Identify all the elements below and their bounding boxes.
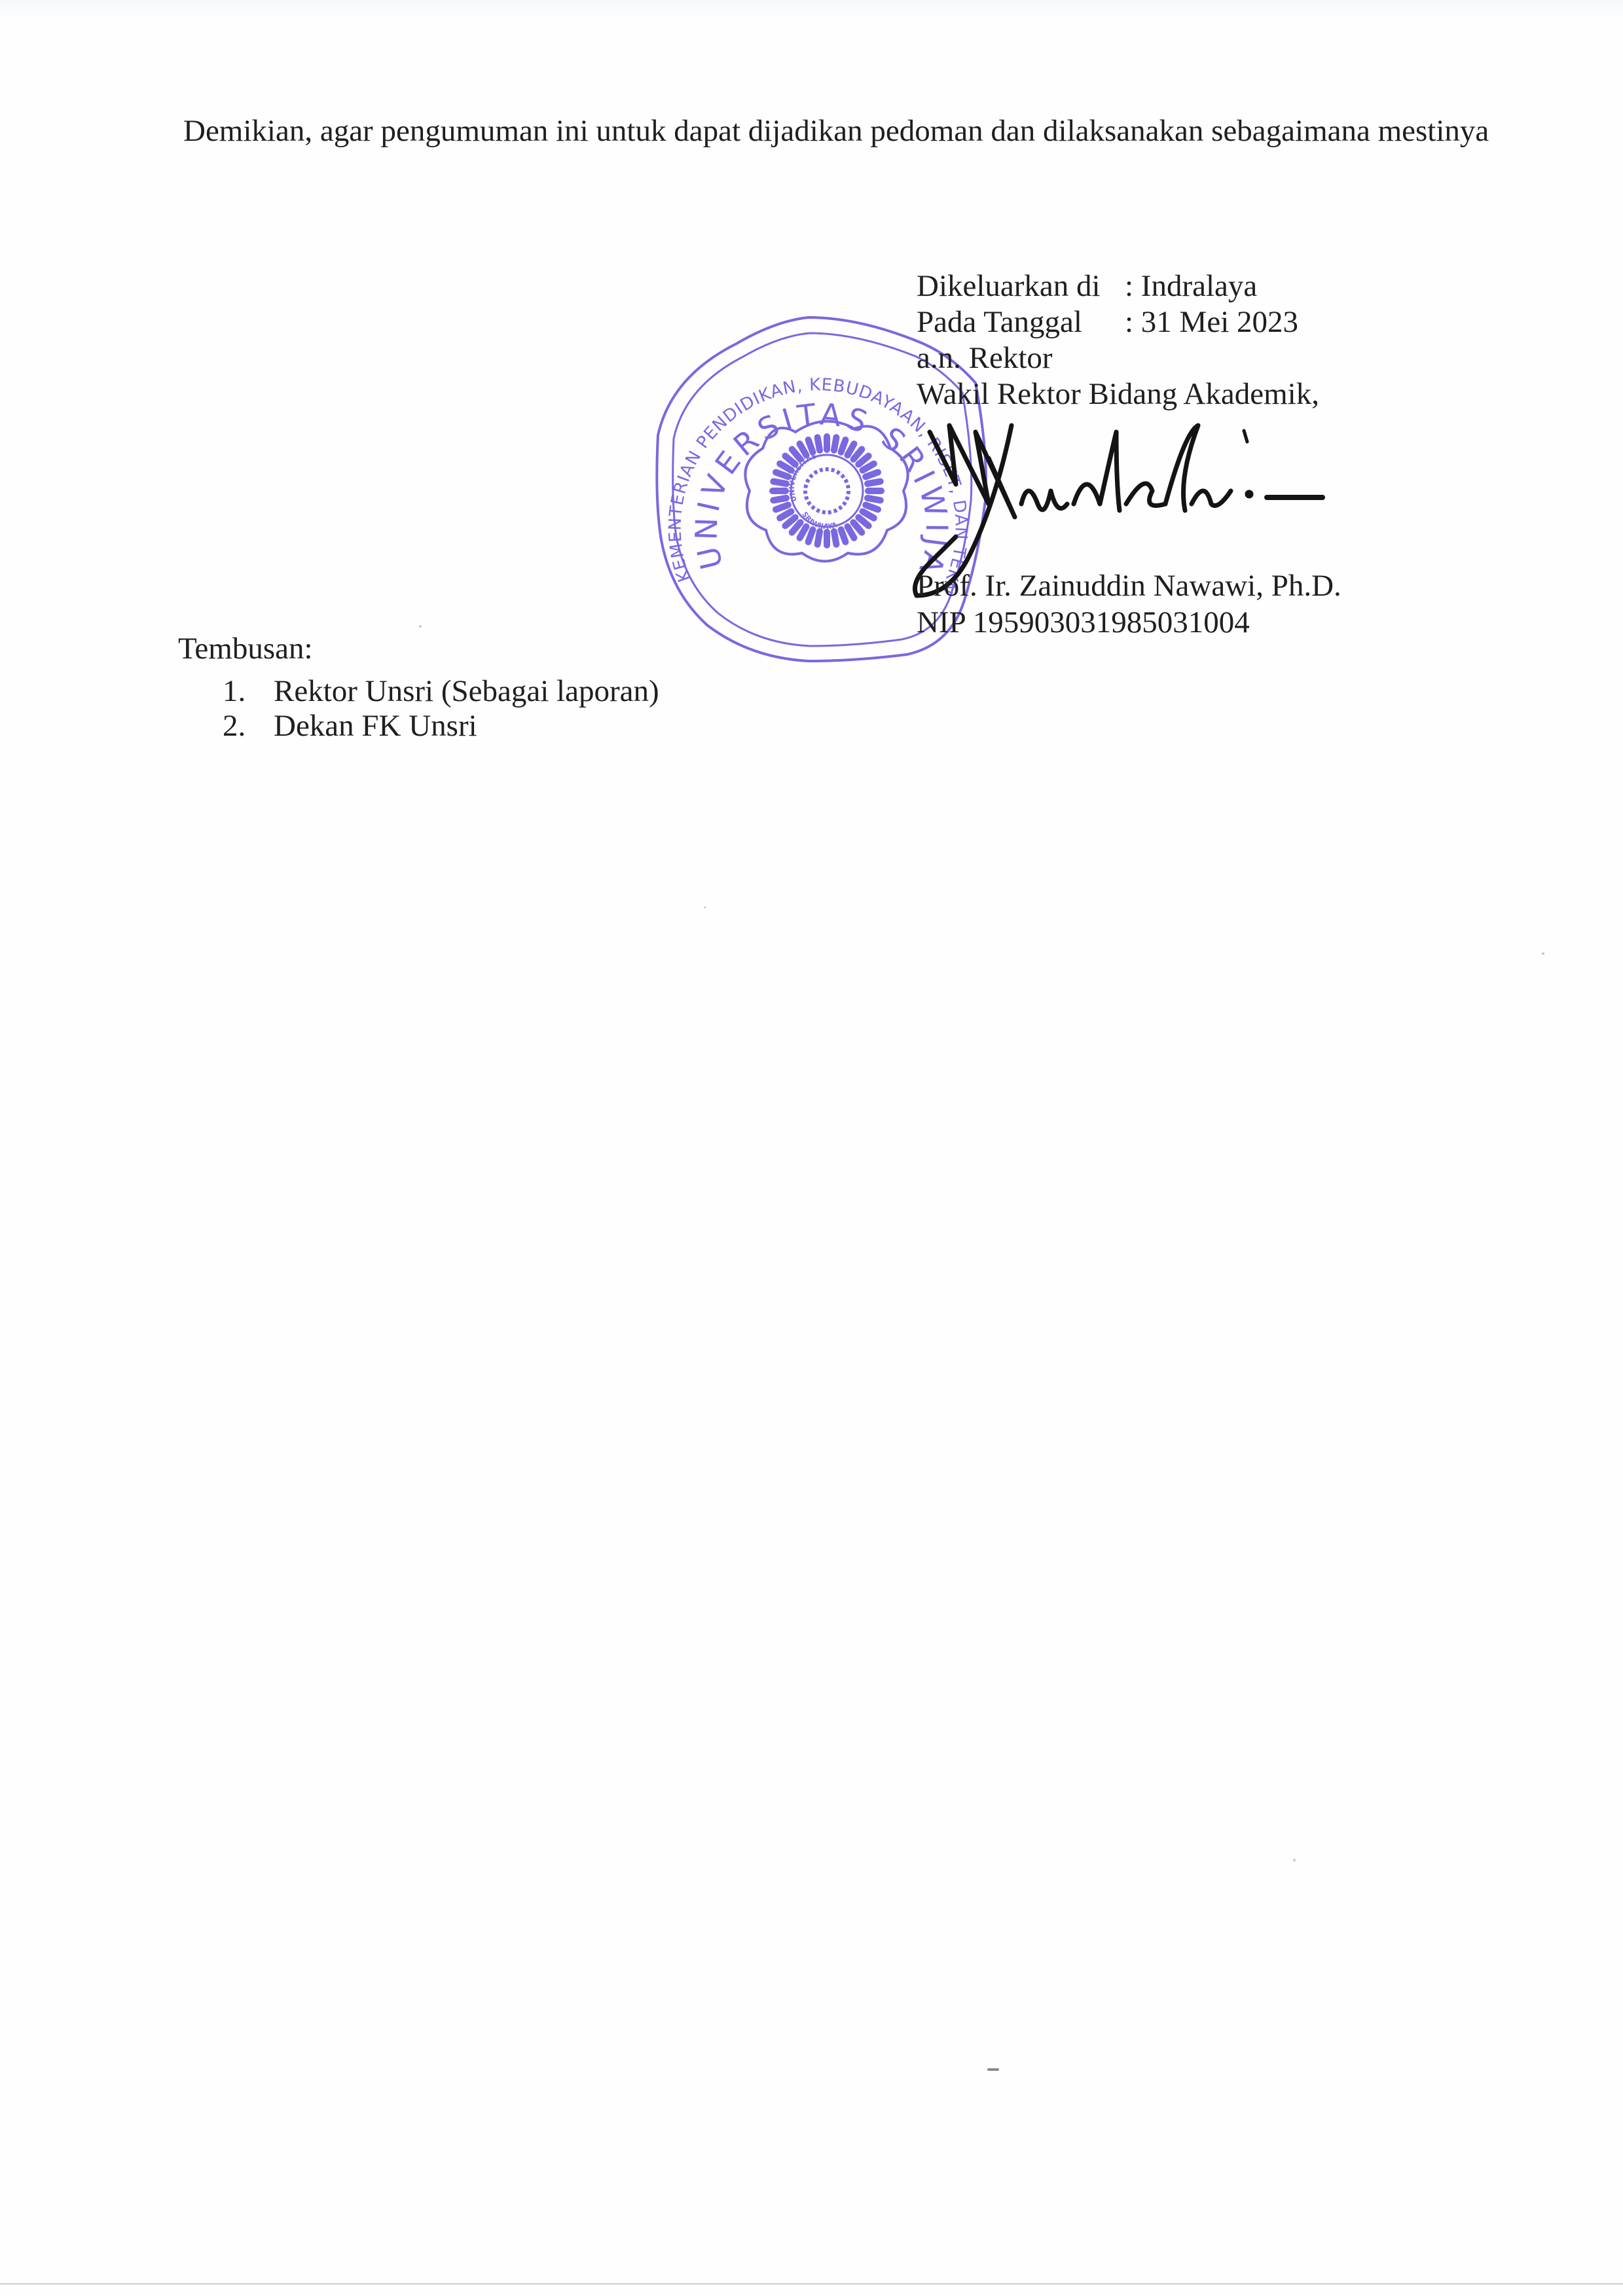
list-item: 2. Dekan FK Unsri bbox=[223, 709, 659, 744]
copies-title: Tembusan: bbox=[178, 634, 313, 664]
list-item: 1. Rektor Unsri (Sebagai laporan) bbox=[223, 674, 659, 709]
list-item-number: 2. bbox=[223, 709, 274, 744]
signatory-nip: NIP 195903031985031004 bbox=[917, 607, 1250, 638]
issued-date-label: Pada Tanggal bbox=[917, 304, 1125, 340]
document-page: Demikian, agar pengumuman ini untuk dapa… bbox=[0, 0, 1623, 2296]
closing-paragraph: Demikian, agar pengumuman ini untuk dapa… bbox=[183, 113, 1493, 149]
scan-edge-top bbox=[0, 0, 1623, 20]
issued-at-row: Dikeluarkan di : Indralaya bbox=[917, 268, 1319, 304]
list-item-text: Rektor Unsri (Sebagai laporan) bbox=[274, 674, 659, 709]
scan-speck bbox=[1542, 952, 1544, 955]
issued-date-row: Pada Tanggal : 31 Mei 2023 bbox=[917, 304, 1319, 340]
issued-at-label: Dikeluarkan di bbox=[917, 268, 1125, 304]
issued-at-value: : Indralaya bbox=[1125, 268, 1257, 304]
copies-list: 1. Rektor Unsri (Sebagai laporan) 2. Dek… bbox=[223, 674, 659, 744]
signatory-name: Prof. Ir. Zainuddin Nawawi, Ph.D. bbox=[917, 571, 1341, 601]
scan-speck bbox=[987, 2068, 999, 2071]
scan-speck bbox=[704, 906, 706, 908]
on-behalf-line: a.n. Rektor bbox=[917, 340, 1319, 376]
issued-date-value: : 31 Mei 2023 bbox=[1125, 304, 1298, 340]
issuance-block: Dikeluarkan di : Indralaya Pada Tanggal … bbox=[917, 268, 1319, 412]
scan-speck bbox=[419, 625, 422, 628]
scan-edge-bottom bbox=[0, 2283, 1623, 2285]
list-item-number: 1. bbox=[223, 674, 274, 709]
scan-speck bbox=[1293, 1859, 1296, 1861]
list-item-text: Dekan FK Unsri bbox=[274, 709, 477, 744]
